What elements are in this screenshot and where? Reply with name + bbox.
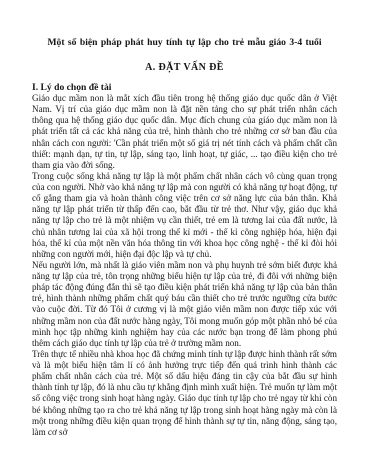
subsection-heading: I. Lý do chọn đề tài — [32, 82, 337, 93]
paragraph-2: Trong cuộc sống khả năng tự lập là một p… — [32, 171, 337, 260]
paragraph-3: Nếu người lớn, mà nhất là giáo viên mầm … — [32, 260, 337, 349]
paragraph-4: Trên thực tế nhiều nhà khoa học đã chứng… — [32, 349, 337, 438]
paragraph-1: Giáo dục mầm non là mắt xích đầu tiên tr… — [32, 93, 337, 171]
section-heading: A. ĐẶT VẤN ĐỀ — [32, 62, 337, 73]
document-page: Một số biện pháp phát huy tính tự lập ch… — [0, 0, 366, 473]
document-title: Một số biện pháp phát huy tính tự lập ch… — [32, 37, 337, 48]
document-body: Giáo dục mầm non là mắt xích đầu tiên tr… — [32, 93, 337, 438]
